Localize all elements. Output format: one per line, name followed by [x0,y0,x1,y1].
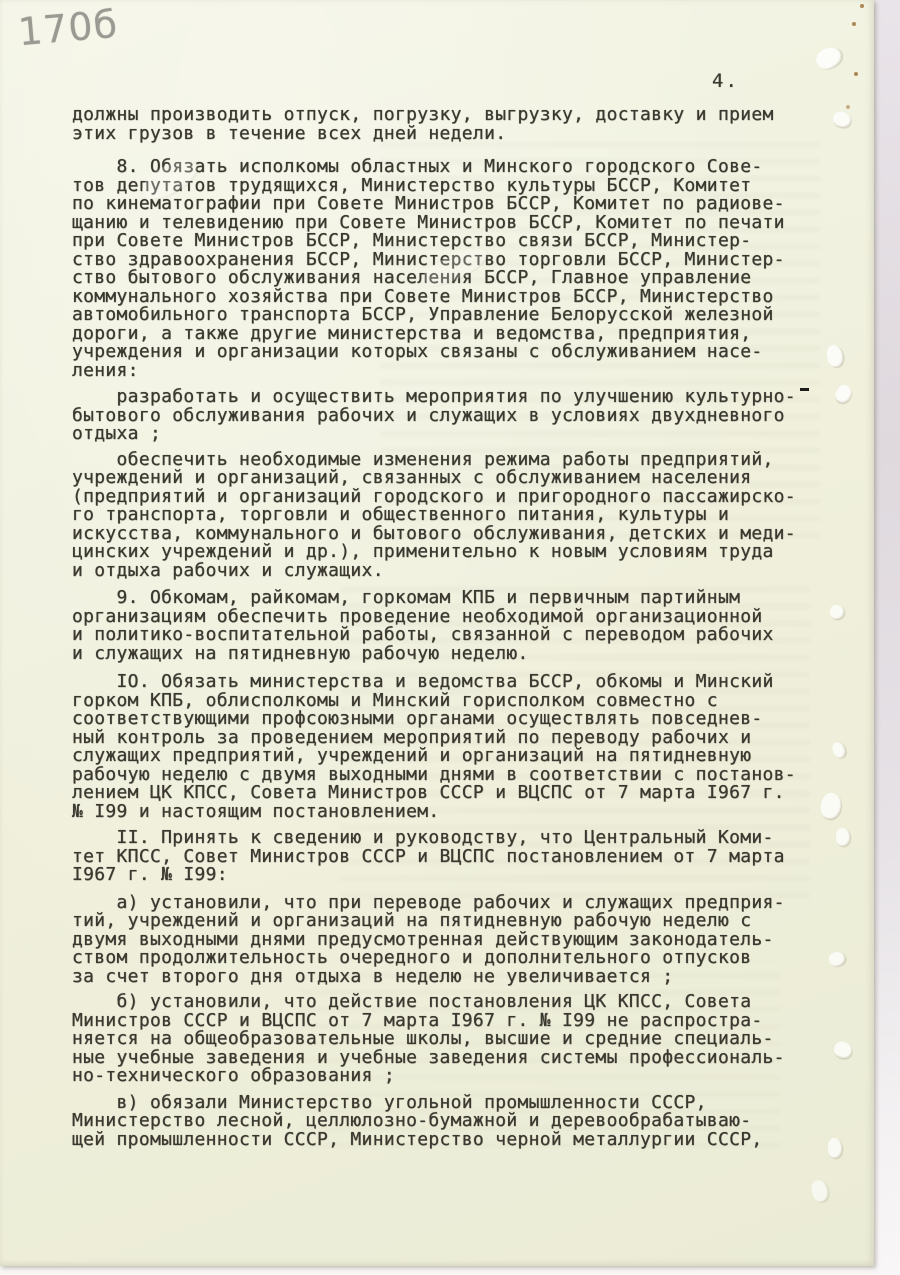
handwritten-archival-mark: 170б [16,2,119,55]
paragraph-subitem-a: а) установили, что при переводе рабочих … [72,894,842,987]
page-number: 4. [712,70,739,92]
paragraph-item-10: IO. Обязать министерства и ведомства БСС… [72,673,842,821]
typewritten-body: должны производить отпуск, погрузку, выг… [72,106,842,1149]
paper-crease [810,1179,830,1204]
paragraph-ensure: обеспечить необходимые изменения режима … [72,451,842,581]
paragraph-item-9: 9. Обкомам, райкомам, горкомам КПБ и пер… [72,589,842,663]
paragraph-subitem-v: в) обязали Министерство угольной промышл… [72,1094,842,1150]
document-page: 170б 4. должны производить отпуск, погру… [0,0,874,1266]
rust-speck [854,72,858,76]
paragraph-item-11: II. Принять к сведению и руководству, чт… [72,829,842,885]
paragraph-item-8: 8. Обязать исполкомы областных и Минског… [72,158,842,380]
rust-speck [860,4,864,8]
paper-crease [813,43,845,73]
scanner-backing [870,0,900,1275]
rust-speck [846,105,850,109]
rust-speck [852,22,856,26]
paragraph-develop: разработать и осуществить мероприятия по… [72,388,842,444]
paragraph-subitem-b: б) установили, что действие постановлени… [72,993,842,1086]
paragraph-continuation: должны производить отпуск, погрузку, выг… [72,106,842,143]
